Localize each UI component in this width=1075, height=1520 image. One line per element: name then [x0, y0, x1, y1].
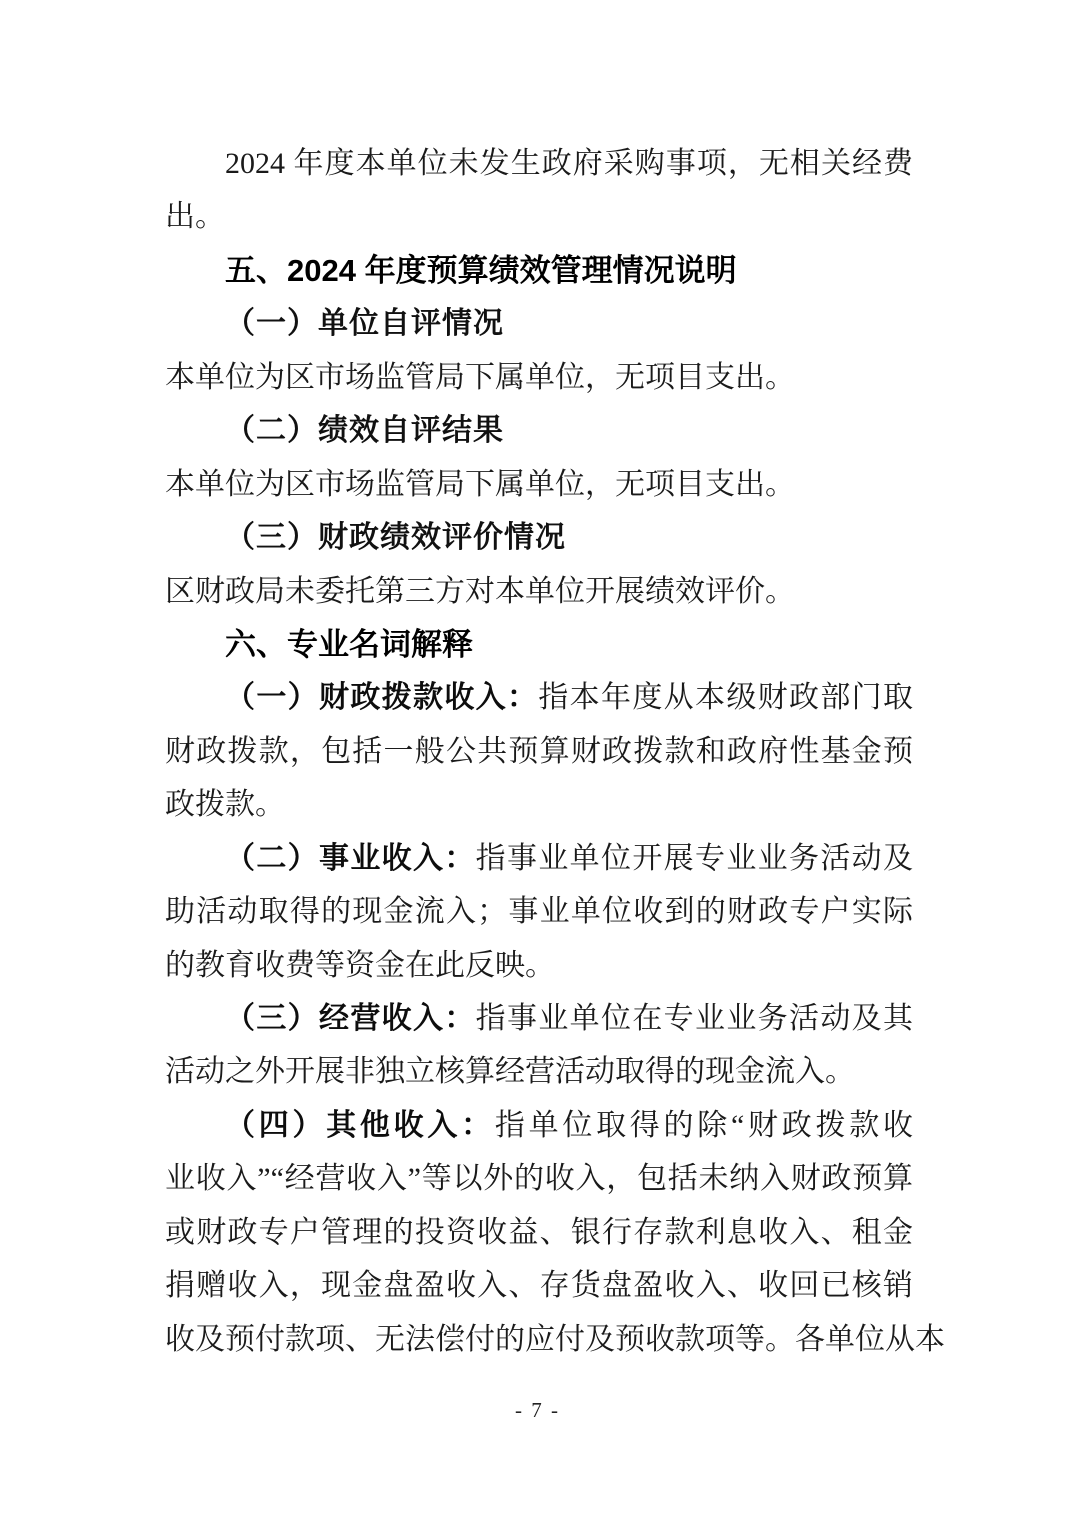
text-line: （二）事业收入：指事业单位开展专业业务活动及其辅	[165, 832, 913, 885]
section-heading: 六、专业名词解释	[165, 618, 913, 671]
text-line: 出。	[165, 190, 913, 243]
document-page: 2024 年度本单位未发生政府采购事项，无相关经费支出。五、2024 年度预算绩…	[0, 0, 1075, 1520]
text-line: （三）经营收入：指事业单位在专业业务活动及其辅助	[165, 992, 913, 1045]
text-line: 收及预付款项、无法偿付的应付及预收款项等。各单位从本	[165, 1313, 913, 1366]
sub-heading: （一）单位自评情况	[165, 297, 913, 350]
text-line: 业收入”“经营收入”等以外的收入，包括未纳入财政预算	[165, 1152, 913, 1205]
page-number: - 7 -	[0, 1398, 1075, 1423]
text-line: 本单位为区市场监管局下属单位，无项目支出。	[165, 351, 913, 404]
text-line: 政拨款。	[165, 778, 913, 831]
definition-term: （一）财政拨款收入：	[225, 681, 538, 714]
text-line: 活动之外开展非独立核算经营活动取得的现金流入。	[165, 1045, 913, 1098]
text-line: （一）财政拨款收入：指本年度从本级财政部门取得的	[165, 671, 913, 724]
text-line: 助活动取得的现金流入；事业单位收到的财政专户实际核拨	[165, 885, 913, 938]
text-line: 2024 年度本单位未发生政府采购事项，无相关经费支	[165, 137, 913, 190]
document-body: 2024 年度本单位未发生政府采购事项，无相关经费支出。五、2024 年度预算绩…	[165, 137, 913, 1366]
sub-heading: （二）绩效自评结果	[165, 404, 913, 457]
text-line: 财政拨款，包括一般公共预算财政拨款和政府性基金预算财	[165, 725, 913, 778]
text-line: 本单位为区市场监管局下属单位，无项目支出。	[165, 458, 913, 511]
definition-term: （四）其他收入：	[225, 1109, 495, 1142]
section-heading: 五、2024 年度预算绩效管理情况说明	[165, 244, 913, 297]
text-line: 的教育收费等资金在此反映。	[165, 939, 913, 992]
text-line: （四）其他收入：指单位取得的除“财政拨款收入”“事	[165, 1099, 913, 1152]
definition-term: （二）事业收入：	[225, 842, 476, 875]
text-line: 捐赠收入，现金盘盈收入、存货盘盈收入、收回已核销的应	[165, 1259, 913, 1312]
sub-heading: （三）财政绩效评价情况	[165, 511, 913, 564]
text-line: 区财政局未委托第三方对本单位开展绩效评价。	[165, 565, 913, 618]
definition-term: （三）经营收入：	[225, 1002, 476, 1035]
text-line: 或财政专户管理的投资收益、银行存款利息收入、租金收入、	[165, 1206, 913, 1259]
